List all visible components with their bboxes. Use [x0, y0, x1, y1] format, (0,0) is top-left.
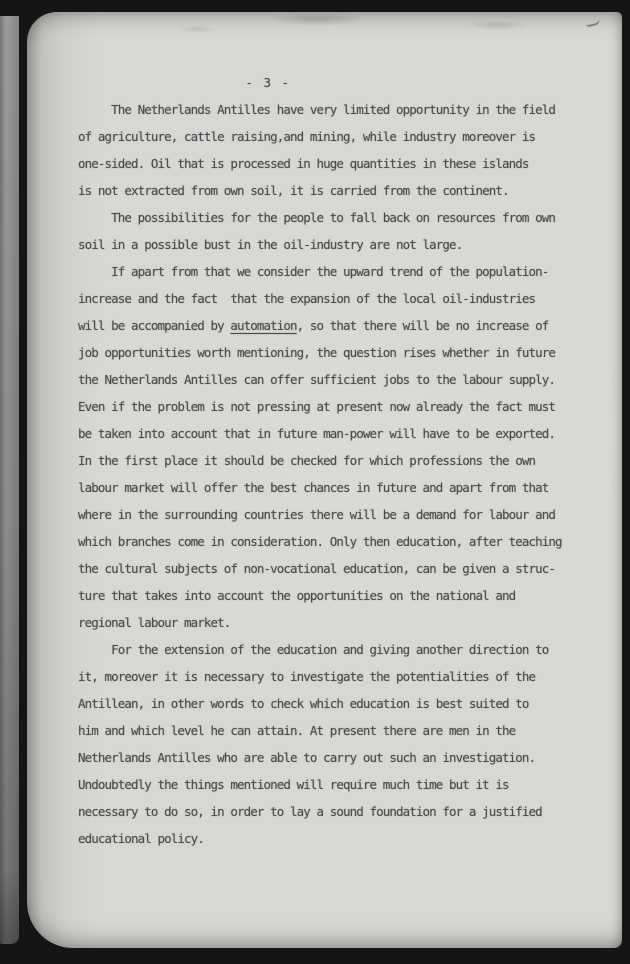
text-segment: necessary to do so, in order to lay a so… — [78, 804, 542, 819]
text-line: For the extension of the education and g… — [78, 636, 608, 663]
text-line: is not extracted from own soil, it is ca… — [78, 177, 608, 204]
text-line: Even if the problem is not pressing at p… — [78, 393, 608, 420]
text-segment: it, moreover it is necessary to investig… — [78, 669, 535, 684]
text-line: job opportunities worth mentioning, the … — [78, 339, 608, 366]
text-line: one-sided. Oil that is processed in huge… — [78, 150, 608, 177]
text-segment: one-sided. Oil that is processed in huge… — [78, 156, 529, 171]
text-segment: of agriculture, cattle raising,and minin… — [78, 129, 535, 144]
text-segment: educational policy. — [78, 831, 204, 846]
text-segment: The Netherlands Antilles have very limit… — [78, 102, 555, 117]
text-segment: which branches come in consideration. On… — [78, 534, 562, 549]
text-segment: Antillean, in other words to check which… — [78, 696, 529, 711]
text-segment: , so that there will be no increase of — [297, 318, 549, 333]
paragraph: If apart from that we consider the upwar… — [78, 258, 608, 636]
text-line: The Netherlands Antilles have very limit… — [78, 96, 608, 123]
text-line: him and which level he can attain. At pr… — [78, 717, 608, 744]
paragraph: The possibilities for the people to fall… — [78, 204, 608, 258]
text-segment: him and which level he can attain. At pr… — [78, 723, 515, 738]
underlined-word: automation — [230, 318, 296, 333]
text-line: educational policy. — [78, 825, 608, 852]
text-line: where in the surrounding countries there… — [78, 501, 608, 528]
text-line: labour market will offer the best chance… — [78, 474, 608, 501]
text-segment: job opportunities worth mentioning, the … — [78, 345, 555, 360]
page-number: - 3 - — [78, 69, 458, 96]
adjacent-page-edge — [0, 16, 19, 944]
text-line: be taken into account that in future man… — [78, 420, 608, 447]
scanner-bed: - 3 - The Netherlands Antilles have very… — [0, 0, 630, 964]
text-line: it, moreover it is necessary to investig… — [78, 663, 608, 690]
text-segment: Even if the problem is not pressing at p… — [78, 399, 555, 414]
text-segment: The possibilities for the people to fall… — [78, 210, 555, 225]
text-line: soil in a possible bust in the oil-indus… — [78, 231, 608, 258]
corner-mark — [586, 19, 601, 28]
text-line: The possibilities for the people to fall… — [78, 204, 608, 231]
text-segment: the cultural subjects of non-vocational … — [78, 561, 555, 576]
text-segment: is not extracted from own soil, it is ca… — [78, 183, 509, 198]
text-segment: labour market will offer the best chance… — [78, 480, 548, 495]
paragraph: The Netherlands Antilles have very limit… — [78, 96, 608, 204]
text-line: Undoubtedly the things mentioned will re… — [78, 771, 608, 798]
text-line: which branches come in consideration. On… — [78, 528, 608, 555]
text-line: of agriculture, cattle raising,and minin… — [78, 123, 608, 150]
text-segment: Netherlands Antilles who are able to car… — [78, 750, 535, 765]
text-segment: Undoubtedly the things mentioned will re… — [78, 777, 509, 792]
text-line: necessary to do so, in order to lay a so… — [78, 798, 608, 825]
text-segment: increase and the fact that the expansion… — [78, 291, 535, 306]
text-line: the cultural subjects of non-vocational … — [78, 555, 608, 582]
text-segment: be taken into account that in future man… — [78, 426, 555, 441]
text-line: regional labour market. — [78, 609, 608, 636]
text-line: will be accompanied by automation, so th… — [78, 312, 608, 339]
text-segment: In the first place it should be checked … — [78, 453, 535, 468]
text-segment: If apart from that we consider the upwar… — [78, 264, 548, 279]
text-line: ture that takes into account the opportu… — [78, 582, 608, 609]
text-segment: regional labour market. — [78, 615, 230, 630]
document-page: - 3 - The Netherlands Antilles have very… — [27, 12, 622, 948]
paragraph: For the extension of the education and g… — [78, 636, 608, 852]
text-line: If apart from that we consider the upwar… — [78, 258, 608, 285]
text-line: the Netherlands Antilles can offer suffi… — [78, 366, 608, 393]
text-segment: where in the surrounding countries there… — [78, 507, 555, 522]
text-line: Netherlands Antilles who are able to car… — [78, 744, 608, 771]
text-segment: soil in a possible bust in the oil-indus… — [78, 237, 462, 252]
text-segment: For the extension of the education and g… — [78, 642, 548, 657]
text-segment: ture that takes into account the opportu… — [78, 588, 515, 603]
text-line: Antillean, in other words to check which… — [78, 690, 608, 717]
text-line: In the first place it should be checked … — [78, 447, 608, 474]
typewritten-text: - 3 - The Netherlands Antilles have very… — [78, 69, 608, 852]
text-segment: the Netherlands Antilles can offer suffi… — [78, 372, 555, 387]
text-segment: will be accompanied by — [78, 318, 230, 333]
text-line: increase and the fact that the expansion… — [78, 285, 608, 312]
